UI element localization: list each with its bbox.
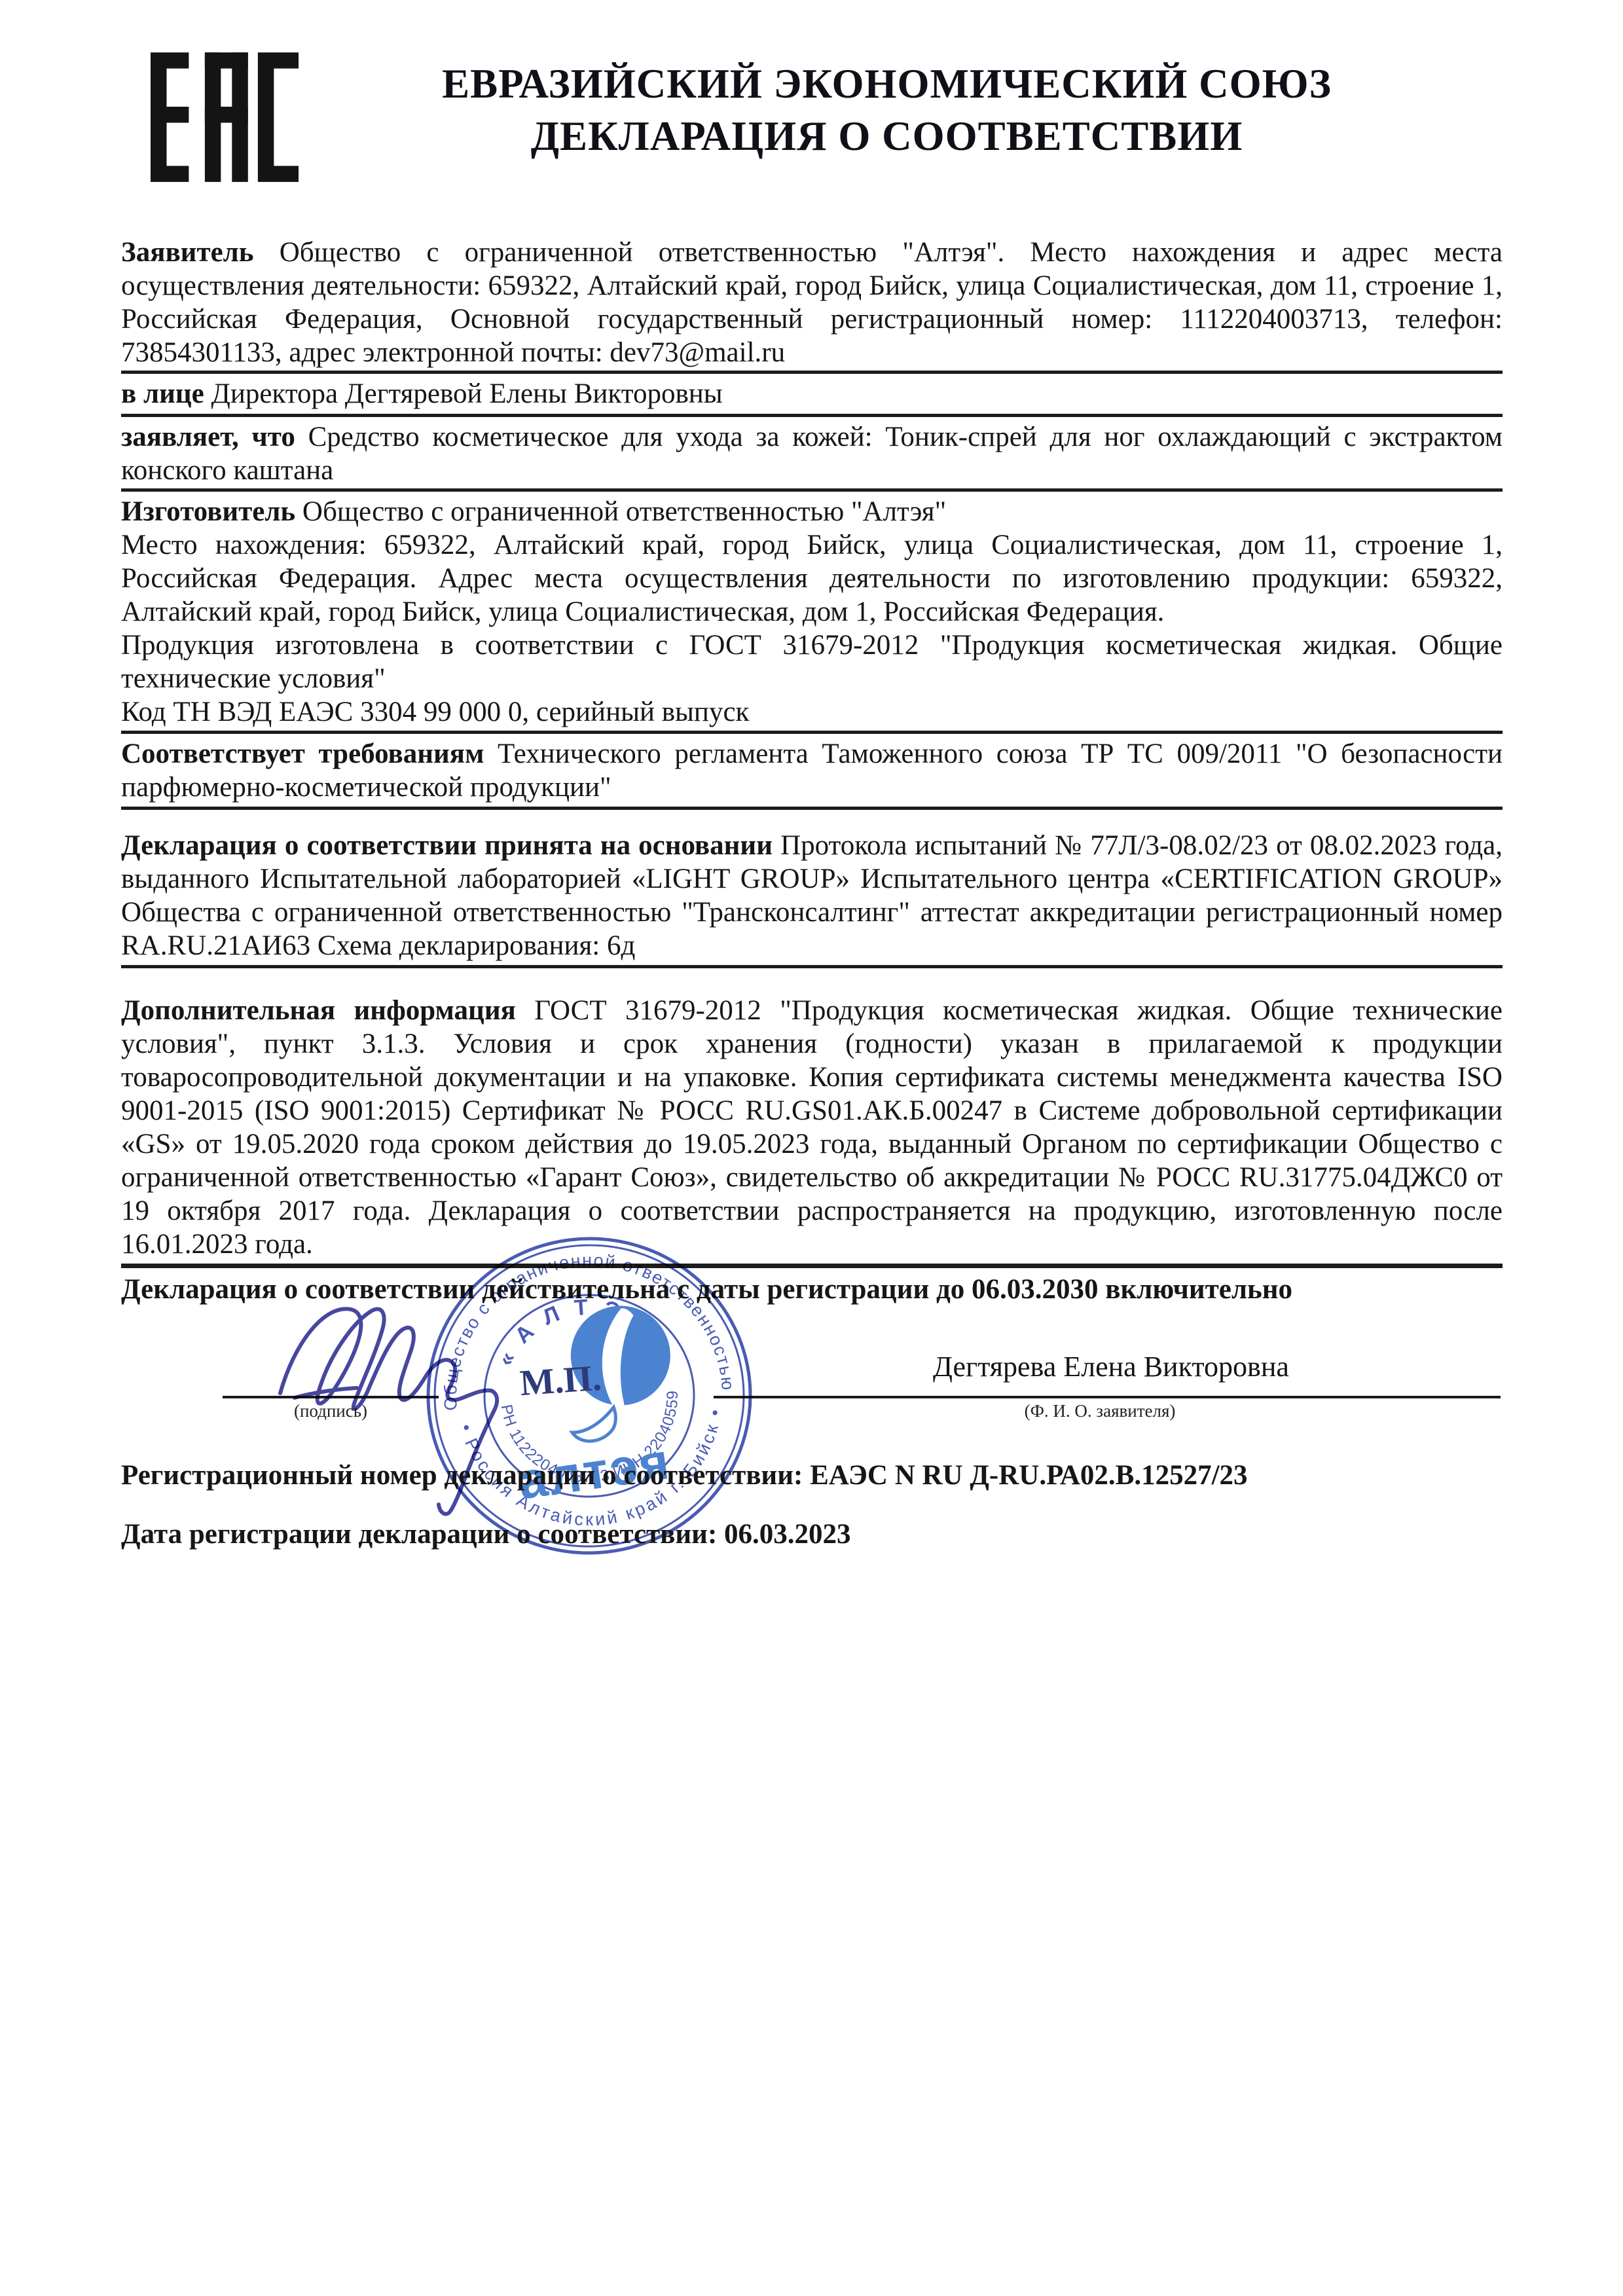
- manufacturer-address: Место нахождения: 659322, Алтайский край…: [121, 528, 1503, 629]
- section-divider: [121, 965, 1503, 968]
- validity-line: Декларация о соответствии действительна …: [121, 1273, 1503, 1306]
- signature-line: [223, 1396, 439, 1398]
- declares-text: Средство косметическое для ухода за коже…: [121, 422, 1503, 486]
- section-divider: [121, 371, 1503, 374]
- basis-label: Декларация о соответствии принята на осн…: [121, 830, 773, 861]
- registration-number-value: ЕАЭС N RU Д-RU.РА02.В.12527/23: [810, 1460, 1248, 1491]
- manufacturer-section: Изготовитель Общество с ограниченной отв…: [121, 495, 1503, 729]
- manufacturer-name: Общество с ограниченной ответственностью…: [302, 496, 946, 527]
- stamp-mp-text: М.П.: [519, 1358, 602, 1404]
- title-union: ЕВРАЗИЙСКИЙ ЭКОНОМИЧЕСКИЙ СОЮЗ: [236, 58, 1538, 110]
- additional-info-text: ГОСТ 31679-2012 "Продукция косметическая…: [121, 995, 1503, 1260]
- manufacturer-name-line: Изготовитель Общество с ограниченной отв…: [121, 495, 1503, 528]
- additional-info-label: Дополнительная информация: [121, 995, 516, 1026]
- conformity-label: Соответствует требованиям: [121, 738, 484, 769]
- document-title: ЕВРАЗИЙСКИЙ ЭКОНОМИЧЕСКИЙ СОЮЗ ДЕКЛАРАЦИ…: [236, 58, 1538, 162]
- fio-caption: (Ф. И. О. заявителя): [982, 1401, 1218, 1421]
- applicant-paragraph: Заявитель Общество с ограниченной ответс…: [121, 236, 1503, 369]
- title-declaration: ДЕКЛАРАЦИЯ О СООТВЕТСТВИИ: [236, 110, 1538, 162]
- basis-paragraph: Декларация о соответствии принята на осн…: [121, 829, 1503, 962]
- person-text: Директора Дегтяревой Елены Викторовны: [211, 378, 722, 409]
- section-divider: [121, 488, 1503, 492]
- declares-paragraph: заявляет, что Средство косметическое для…: [121, 420, 1503, 487]
- eac-letter-e: [151, 52, 189, 182]
- conformity-paragraph: Соответствует требованиям Технического р…: [121, 737, 1503, 804]
- section-divider: [121, 731, 1503, 734]
- person-label: в лице: [121, 378, 204, 409]
- applicant-label: Заявитель: [121, 237, 254, 268]
- manufacturer-label: Изготовитель: [121, 496, 295, 527]
- applicant-fio: Дегтярева Елена Викторовна: [933, 1350, 1289, 1383]
- manufacturer-tnved-code: Код ТН ВЭД ЕАЭС 3304 99 000 0, серийный …: [121, 695, 1503, 729]
- altaya-logo-icon: [564, 1302, 676, 1442]
- signature-caption: (подпись): [255, 1401, 406, 1421]
- declaration-document: ЕВРАЗИЙСКИЙ ЭКОНОМИЧЕСКИЙ СОЮЗ ДЕКЛАРАЦИ…: [0, 0, 1623, 2296]
- section-divider: [121, 414, 1503, 417]
- registration-number-label: Регистрационный номер декларации о соотв…: [121, 1460, 803, 1491]
- additional-info-paragraph: Дополнительная информация ГОСТ 31679-201…: [121, 994, 1503, 1261]
- declares-label: заявляет, что: [121, 422, 295, 452]
- section-divider: [121, 807, 1503, 810]
- fio-line: [714, 1396, 1501, 1398]
- registration-date-value: 06.03.2023: [724, 1519, 851, 1550]
- person-paragraph: в лице Директора Дегтяревой Елены Виктор…: [121, 377, 1503, 410]
- section-divider: [121, 1264, 1503, 1268]
- manufacturer-gost: Продукция изготовлена в соответствии с Г…: [121, 629, 1503, 695]
- applicant-text: Общество с ограниченной ответственностью…: [121, 237, 1503, 368]
- registration-date-line: Дата регистрации декларации о соответств…: [121, 1518, 1503, 1551]
- registration-date-label: Дата регистрации декларации о соответств…: [121, 1519, 717, 1550]
- registration-number-line: Регистрационный номер декларации о соотв…: [121, 1459, 1503, 1492]
